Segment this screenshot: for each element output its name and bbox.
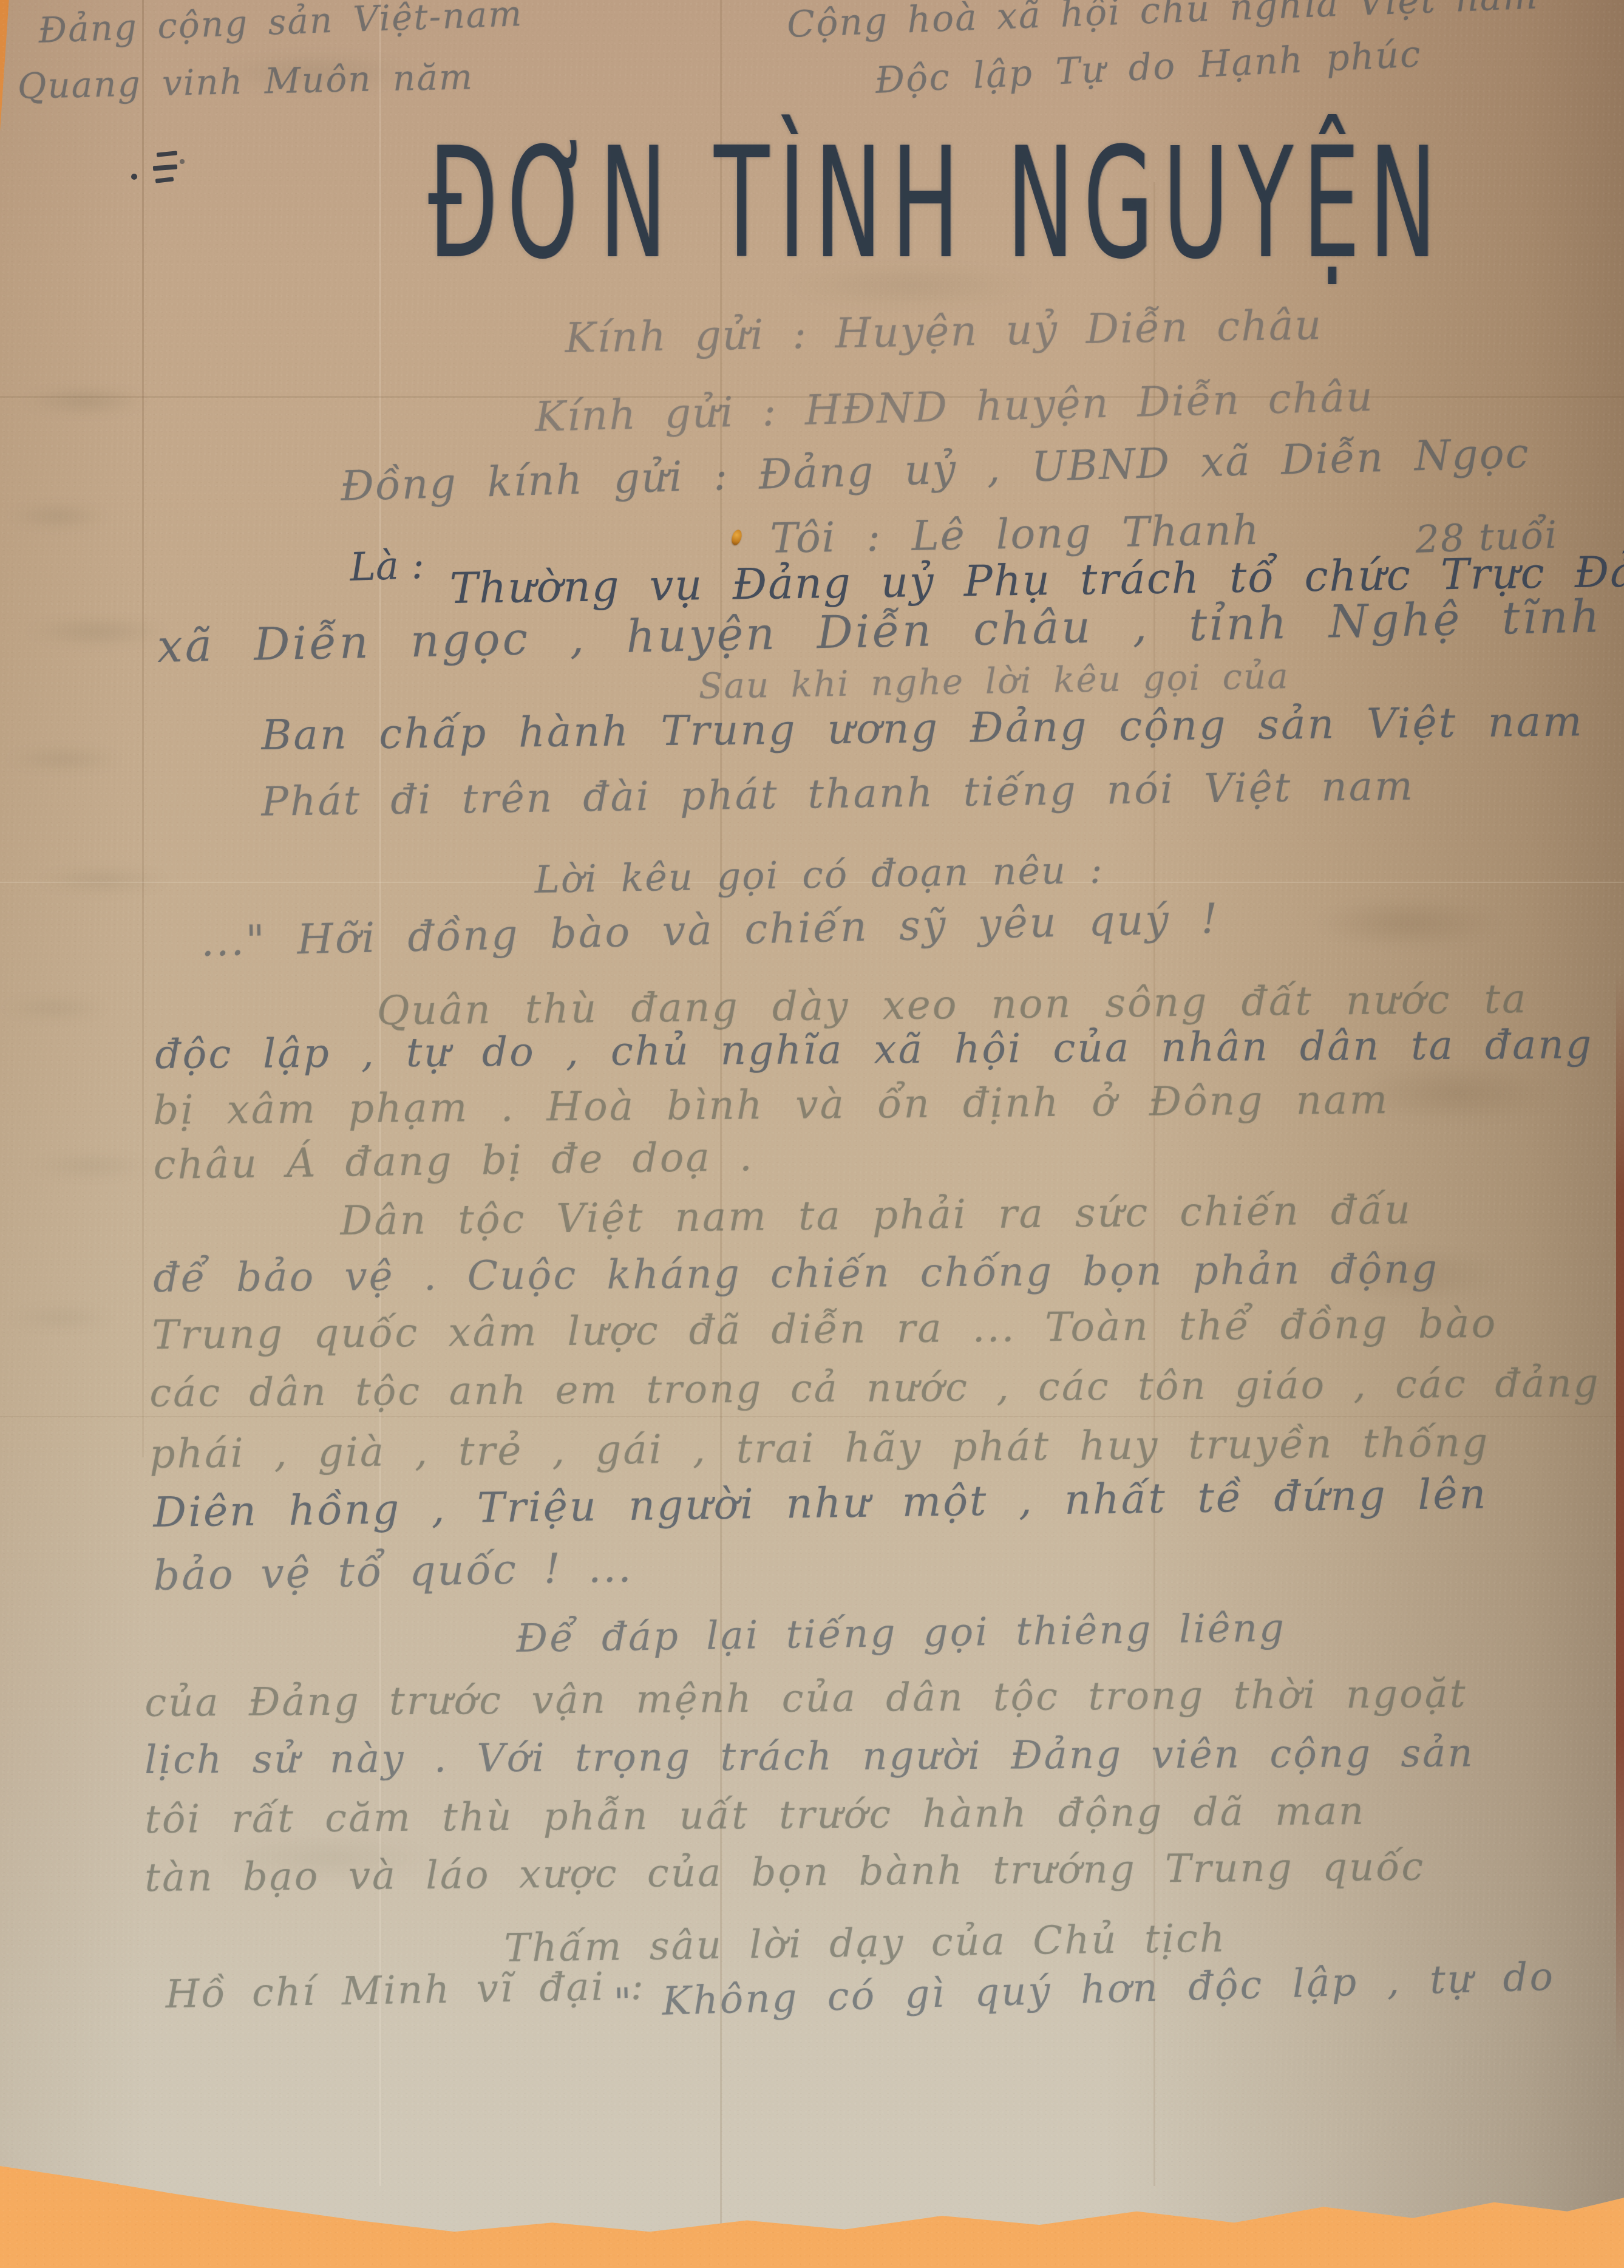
letter-paper-sheet: Đảng cộng sản Việt-nam Quang vinh Muôn n… [0, 0, 1624, 2268]
document-photo: Đảng cộng sản Việt-nam Quang vinh Muôn n… [0, 0, 1624, 2268]
dark-right-edge [1616, 972, 1624, 2065]
photo-vignette [0, 0, 1624, 2268]
